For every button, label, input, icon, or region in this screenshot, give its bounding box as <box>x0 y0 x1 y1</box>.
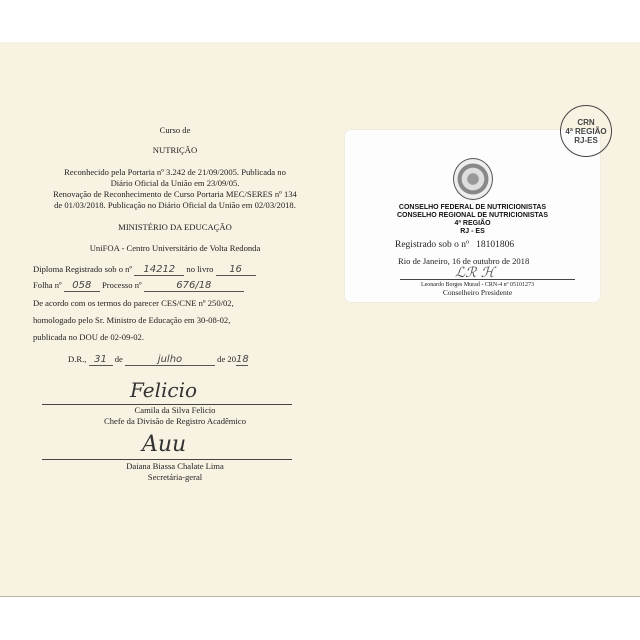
date-year-prefix: de 20 <box>217 354 236 364</box>
recognition-line-2: Diário Oficial da União em 23/09/05. <box>30 178 320 189</box>
signature-felicio-scrawl: Felicio <box>130 378 197 402</box>
signer-1-title: Chefe da Divisão de Registro Acadêmico <box>30 416 320 427</box>
council-registration-sticker: CONSELHO FEDERAL DE NUTRICIONISTAS CONSE… <box>345 130 600 302</box>
legal-basis-line-3: publicada no DOU de 02-09-02. <box>33 332 144 342</box>
legal-basis-line-2: homologado pelo Sr. Ministro de Educação… <box>33 315 230 325</box>
date-year-suffix: 18 <box>236 355 248 366</box>
diploma-number: 14212 <box>134 265 184 276</box>
date-month: julho <box>125 355 215 366</box>
legal-basis-line-1: De acordo com os termos do parecer CES/C… <box>33 298 234 308</box>
book-label: no livro <box>186 264 213 274</box>
book-number: 16 <box>216 265 256 276</box>
signer-1-name: Camila da Silva Felicio <box>30 405 320 416</box>
page-number: 058 <box>64 281 100 292</box>
diploma-back-page: Curso de NUTRIÇÃO Reconhecido pela Porta… <box>0 42 640 596</box>
diploma-number-label: Diploma Registrado sob o nº <box>33 264 132 274</box>
council-signature-scrawl: ℒℛ ℋ <box>455 265 495 281</box>
stamp-line-2: 4ª REGIÃO <box>561 127 611 136</box>
page-number-label: Folha nº <box>33 280 62 290</box>
page-process-row: Folha nº 058 Processo nº 676/18 <box>33 280 244 292</box>
registered-label: Registrado sob o nº <box>395 240 469 250</box>
signature-line-2 <box>42 459 292 460</box>
recognition-line-1: Reconhecido pela Portaria nº 3.242 de 21… <box>30 167 320 178</box>
course-name: NUTRIÇÃO <box>30 145 320 156</box>
signature-lima-scrawl: Auu <box>142 432 186 457</box>
crn-circular-stamp: CRN 4ª REGIÃO RJ-ES <box>560 105 612 157</box>
ministry: MINISTÉRIO DA EDUCAÇÃO <box>30 222 320 233</box>
signer-2-title: Secretária-geral <box>30 472 320 483</box>
date-row: D.R., 31 de julho de 2018 <box>68 354 248 366</box>
date-day: 31 <box>89 355 113 366</box>
diploma-registration-row: Diploma Registrado sob o nº 14212 no liv… <box>33 264 256 276</box>
process-number: 676/18 <box>144 281 244 292</box>
date-de: de <box>115 354 123 364</box>
recognition-line-4: de 01/03/2018. Publicação no Diário Ofic… <box>30 200 320 211</box>
course-label: Curso de <box>30 125 320 136</box>
date-prefix: D.R., <box>68 354 86 364</box>
council-line-4: RJ - ES <box>345 228 600 237</box>
stamp-line-1: CRN <box>561 118 611 127</box>
place-date: Rio de Janeiro, 16 de outubro de 2018 <box>398 256 598 266</box>
process-number-label: Processo nº <box>102 280 142 290</box>
registered-number: 18101806 <box>476 240 514 250</box>
brazil-coat-of-arms-icon <box>453 158 493 200</box>
registered-row: Registrado sob o nº 18101806 <box>395 240 595 250</box>
council-signer-title: Conselheiro Presidente <box>350 288 605 297</box>
signer-2-name: Daiana Biassa Chalate Lima <box>30 461 320 472</box>
recognition-line-3: Renovação de Reconhecimento de Curso Por… <box>30 189 320 200</box>
stamp-line-3: RJ-ES <box>561 136 611 145</box>
institution: UniFOA - Centro Universitário de Volta R… <box>30 243 320 254</box>
